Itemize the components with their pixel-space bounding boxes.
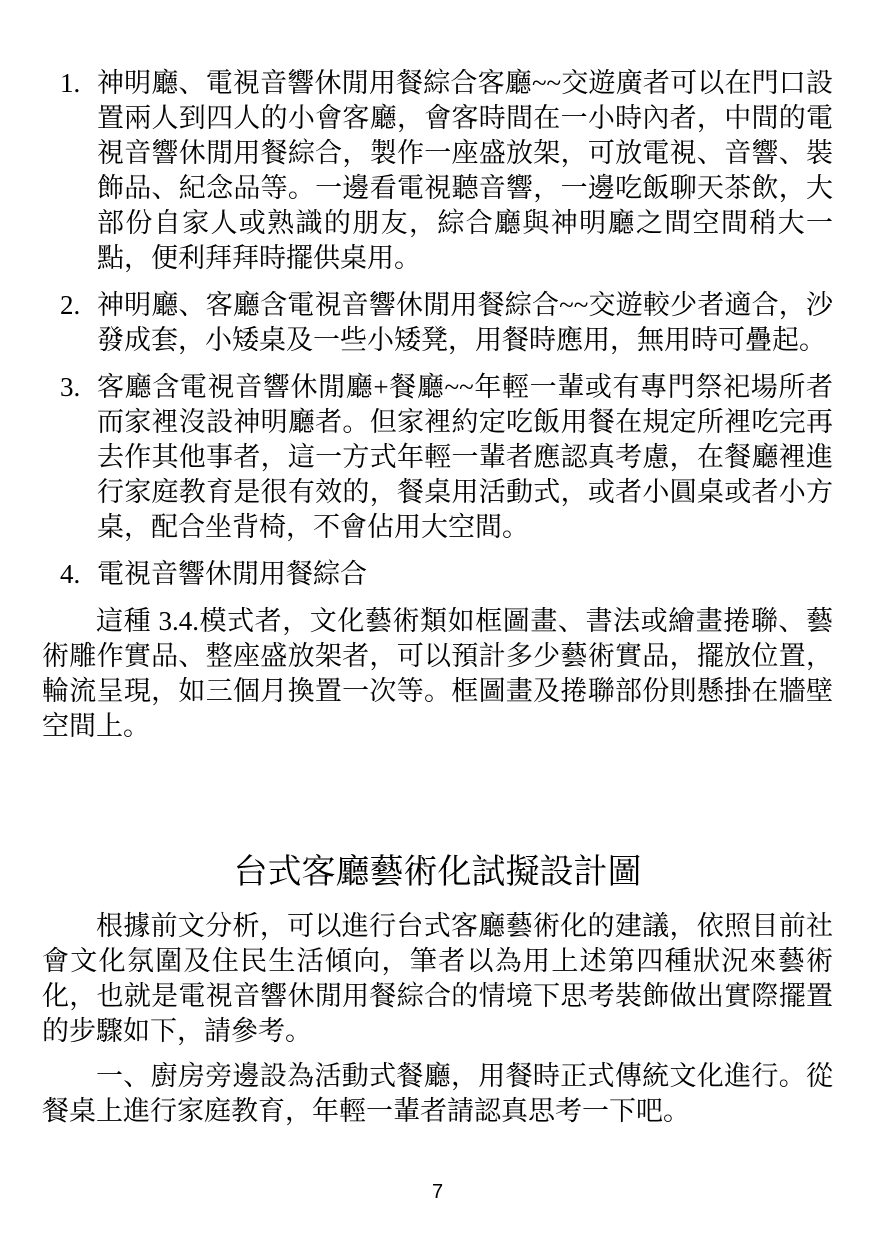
paragraph-summary: 這種 3.4.模式者，文化藝術類如框圖畫、書法或繪畫捲聯、藝術雕作實品、整座盛放… bbox=[42, 604, 833, 744]
section-heading: 台式客廳藝術化試擬設計圖 bbox=[42, 850, 833, 896]
list-item-marker: 2. bbox=[60, 288, 80, 323]
document-page: 1. 神明廳、電視音響休閒用餐綜合客廳~~交遊廣者可以在門口設置兩人到四人的小會… bbox=[0, 0, 875, 1240]
list-item: 2. 神明廳、客廳含電視音響休閒用餐綜合~~交遊較少者適合，沙發成套，小矮桌及一… bbox=[42, 288, 833, 358]
list-item: 1. 神明廳、電視音響休閒用餐綜合客廳~~交遊廣者可以在門口設置兩人到四人的小會… bbox=[42, 66, 833, 276]
numbered-list: 1. 神明廳、電視音響休閒用餐綜合客廳~~交遊廣者可以在門口設置兩人到四人的小會… bbox=[42, 66, 833, 592]
list-item-text: 客廳含電視音響休閒廳+餐廳~~年輕一輩或有專門祭祀場所者而家裡沒設神明廳者。但家… bbox=[97, 372, 833, 542]
page-number: 7 bbox=[0, 1181, 875, 1203]
list-item-text: 電視音響休閒用餐綜合 bbox=[97, 559, 367, 589]
list-item-marker: 4. bbox=[60, 557, 80, 592]
list-item: 3. 客廳含電視音響休閒廳+餐廳~~年輕一輩或有專門祭祀場所者而家裡沒設神明廳者… bbox=[42, 370, 833, 545]
list-item-marker: 3. bbox=[60, 370, 80, 405]
paragraph-step1: 一、廚房旁邊設為活動式餐廳，用餐時正式傳統文化進行。從餐桌上進行家庭教育，年輕一… bbox=[42, 1059, 833, 1129]
list-item-text: 神明廳、電視音響休閒用餐綜合客廳~~交遊廣者可以在門口設置兩人到四人的小會客廳，… bbox=[97, 68, 833, 273]
paragraph-intro: 根據前文分析，可以進行台式客廳藝術化的建議，依照目前社會文化氛圍及住民生活傾向，… bbox=[42, 909, 833, 1049]
list-item: 4. 電視音響休閒用餐綜合 bbox=[42, 557, 833, 592]
list-item-text: 神明廳、客廳含電視音響休閒用餐綜合~~交遊較少者適合，沙發成套，小矮桌及一些小矮… bbox=[97, 290, 833, 355]
list-item-marker: 1. bbox=[60, 66, 80, 101]
